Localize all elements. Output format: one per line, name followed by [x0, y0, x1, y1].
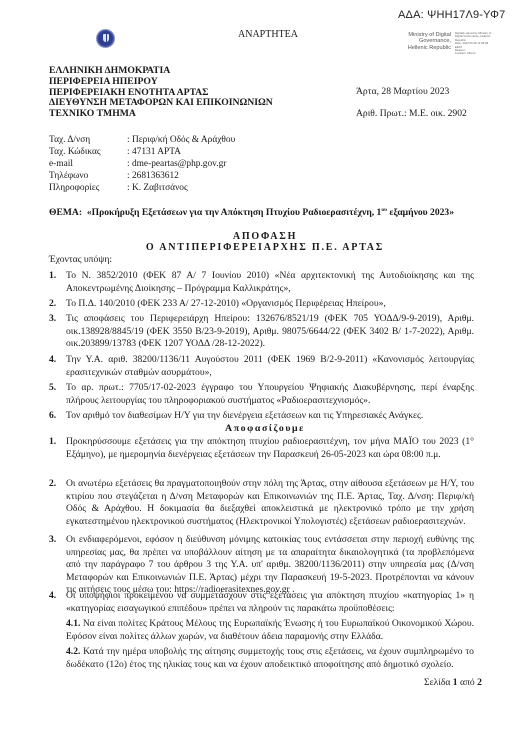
item-number: 4.	[49, 354, 56, 367]
contact-label: Πληροφορίες	[49, 182, 127, 194]
contact-email[interactable]: : dme-peartas@php.gov.gr	[127, 158, 226, 170]
item-text: Προκηρύσσουμε εξετάσεις για την απόκτηση…	[66, 436, 474, 461]
consideration-item: 6.Τον αριθμό τον διαθεσίμων Η/Υ για την …	[49, 410, 474, 423]
contact-row: Πληροφορίες: Κ. Ζαβιτσάνος	[49, 182, 235, 194]
consideration-item: 4.Την Υ.Α. αριθ. 38200/1136/11 Αυγούστου…	[49, 354, 474, 379]
sub-number: 4.2.	[66, 646, 80, 657]
consideration-item: 3.Τις αποφάσεις του Περιφερειάρχη Ηπείρο…	[49, 313, 474, 351]
item-number: 1.	[49, 270, 56, 283]
signature-meta: Digitally signed by Ministry of Digital …	[455, 32, 527, 56]
contact-label: e-mail	[49, 158, 127, 170]
page-total: 2	[477, 677, 482, 688]
sub-condition: 4.2. Κατά την ημέρα υποβολής της αίτησης…	[66, 646, 474, 671]
coat-of-arms-icon	[97, 30, 114, 47]
item-number: 3.	[49, 313, 56, 326]
item-text: Την Υ.Α. αριθ. 38200/1136/11 Αυγούστου 2…	[66, 354, 474, 379]
decision-authority: Ο ΑΝΤΙΠΕΡΙΦΕΡΕΙΑΡΧΗΣ Π.Ε. ΑΡΤΑΣ	[0, 242, 530, 255]
item-number: 6.	[49, 410, 56, 423]
org-line: ΠΕΡΙΦΕΡΕΙΑ ΗΠΕΙΡΟΥ	[49, 77, 273, 88]
digital-signature: Ministry of Digital Governance, Hellenic…	[397, 32, 527, 64]
protocol-number: Αριθ. Πρωτ.: Μ.Ε. οικ. 2902	[356, 108, 467, 121]
item-text: Το Π.Δ. 140/2010 (ΦΕΚ 233 Α/ 27-12-2010)…	[66, 298, 474, 311]
contact-block: Ταχ. Δ/νση: Περιφ/κή Οδός & Αράχθου Ταχ.…	[49, 134, 235, 194]
contact-label: Τηλέφωνο	[49, 170, 127, 182]
contact-row: e-mail: dme-peartas@php.gov.gr	[49, 158, 235, 170]
contact-label: Ταχ. Δ/νση	[49, 134, 127, 146]
decision-item: 1.Προκηρύσσουμε εξετάσεις για την απόκτη…	[49, 436, 474, 461]
item-number: 3.	[49, 534, 56, 547]
page-footer: Σελίδα 1 από 2	[424, 677, 482, 690]
item-number: 1.	[49, 436, 56, 449]
subject-line: ΘΕΜΑ: «Προκήρυξη Εξετάσεων για την Απόκτ…	[49, 204, 454, 220]
consideration-item: 1.Το Ν. 3852/2010 (ΦΕΚ 87 Α/ 7 Ιουνίου 2…	[49, 270, 474, 295]
contact-label: Ταχ. Κώδικας	[49, 146, 127, 158]
item-number: 2.	[49, 298, 56, 311]
page-prefix: Σελίδα	[424, 677, 453, 688]
subject-text-end: εξαμήνου 2023»	[387, 207, 454, 218]
item-number: 2.	[49, 478, 56, 491]
contact-value: : 2681363612	[127, 170, 179, 182]
contact-row: Ταχ. Δ/νση: Περιφ/κή Οδός & Αράχθου	[49, 134, 235, 146]
considering-label: Έχοντας υπόψη:	[49, 254, 112, 267]
decision-item: 3.Οι ενδιαφερόμενοι, εφόσον η διεύθυνση …	[49, 534, 474, 597]
contact-row: Ταχ. Κώδικας: 47131 ΑΡΤΑ	[49, 146, 235, 158]
page-middle: από	[458, 677, 477, 688]
sub-text: Να είναι πολίτες Κράτους Μέλους της Ευρω…	[66, 618, 474, 642]
item-text: Οι ανωτέρω εξετάσεις θα πραγματοποιηθούν…	[66, 478, 474, 528]
item-number: 4.	[49, 590, 56, 603]
sub-text: Κατά την ημέρα υποβολής της αίτησης συμμ…	[66, 646, 474, 670]
decide-heading: Αποφασίζουμε	[0, 423, 530, 436]
subject-prefix: ΘΕΜΑ:	[49, 207, 82, 218]
contact-value: : 47131 ΑΡΤΑ	[127, 146, 181, 158]
contact-value: : Κ. Ζαβιτσάνος	[127, 182, 188, 194]
contact-row: Τηλέφωνο: 2681363612	[49, 170, 235, 182]
signature-signer: Ministry of Digital Governance, Hellenic…	[397, 32, 451, 51]
posting-label: ΑΝΑΡΤΗΤΕΑ	[238, 29, 298, 42]
item-text: Τις αποφάσεις του Περιφερειάρχη Ηπείρου:…	[66, 313, 474, 351]
item-text: Το αρ. πρωτ.: 7705/17-02-2023 έγγραφο το…	[66, 382, 474, 407]
decision-item: 2.Οι ανωτέρω εξετάσεις θα πραγματοποιηθο…	[49, 478, 474, 528]
date-line: Άρτα, 28 Μαρτίου 2023	[356, 86, 449, 99]
sub-number: 4.1.	[66, 618, 80, 629]
sig-meta-line: Location: Athens	[455, 52, 527, 55]
org-line: ΤΕΧΝΙΚΟ ΤΜΗΜΑ	[49, 109, 273, 120]
item-text: Τον αριθμό τον διαθεσίμων Η/Υ για την δι…	[66, 410, 474, 423]
item-text: Οι ενδιαφερόμενοι, εφόσον η διεύθυνση μό…	[66, 534, 474, 597]
organization-header: ΕΛΛΗΝΙΚΗ ΔΗΜΟΚΡΑΤΙΑ ΠΕΡΙΦΕΡΕΙΑ ΗΠΕΙΡΟΥ Π…	[49, 66, 273, 120]
item-number: 5.	[49, 382, 56, 395]
contact-value: : Περιφ/κή Οδός & Αράχθου	[127, 134, 235, 146]
signer-line: Hellenic Republic	[397, 45, 451, 51]
sub-condition: 4.1. Να είναι πολίτες Κράτους Μέλους της…	[66, 618, 474, 643]
consideration-item: 2.Το Π.Δ. 140/2010 (ΦΕΚ 233 Α/ 27-12-201…	[49, 298, 474, 311]
subject-text: «Προκήρυξη Εξετάσεων για την Απόκτηση Πτ…	[87, 207, 382, 218]
item-text: Οι υποψήφιοι προκειμένου να συμμετάσχουν…	[66, 590, 474, 615]
decision-item: 4.Οι υποψήφιοι προκειμένου να συμμετάσχο…	[49, 590, 474, 615]
consideration-item: 5.Το αρ. πρωτ.: 7705/17-02-2023 έγγραφο …	[49, 382, 474, 407]
item-text: Το Ν. 3852/2010 (ΦΕΚ 87 Α/ 7 Ιουνίου 201…	[66, 270, 474, 295]
ada-code: ΑΔΑ: ΨΗΗ17Λ9-ΥΦ7	[398, 9, 505, 22]
